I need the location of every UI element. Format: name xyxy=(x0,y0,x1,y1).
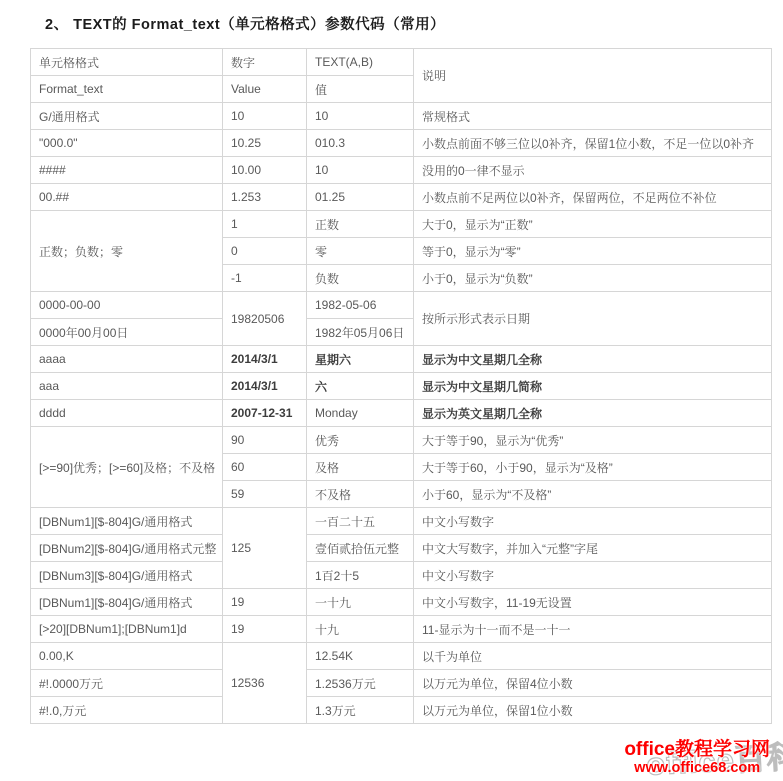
table-cell: Value xyxy=(223,76,307,103)
site-watermark: office教程学习网 www.office68.com xyxy=(624,740,770,777)
table-cell: 数字 xyxy=(223,49,307,76)
table-cell: -1 xyxy=(223,265,307,292)
table-cell: 不及格 xyxy=(307,481,414,508)
table-cell: aaa xyxy=(31,373,223,400)
table-cell: 负数 xyxy=(307,265,414,292)
table-cell: 等于0，显示为“零” xyxy=(414,238,772,265)
table-cell: 以万元为单位，保留4位小数 xyxy=(414,670,772,697)
table-cell: 60 xyxy=(223,454,307,481)
table-cell: [DBNum2][$-804]G/通用格式元整 xyxy=(31,535,223,562)
table-cell: 10 xyxy=(307,157,414,184)
table-cell: 19820506 xyxy=(223,292,307,346)
table-cell: [DBNum1][$-804]G/通用格式 xyxy=(31,508,223,535)
table-cell: G/通用格式 xyxy=(31,103,223,130)
table-cell: 小于60，显示为“不及格” xyxy=(414,481,772,508)
watermark-site-name: office教程学习网 xyxy=(624,740,770,761)
table-cell: 壹佰贰拾伍元整 xyxy=(307,535,414,562)
table-cell: 中文小写数字 xyxy=(414,508,772,535)
table-cell: 010.3 xyxy=(307,130,414,157)
table-row: 00.##1.25301.25小数点前不足两位以0补齐，保留两位，不足两位不补位 xyxy=(31,184,772,211)
table-cell: 中文小写数字 xyxy=(414,562,772,589)
table-cell: 小于0，显示为“负数” xyxy=(414,265,772,292)
table-cell: #### xyxy=(31,157,223,184)
table-cell: 1.2536万元 xyxy=(307,670,414,697)
table-row: 单元格格式数字TEXT(A,B)说明 xyxy=(31,49,772,76)
table-cell: 中文大写数字，并加入“元整”字尾 xyxy=(414,535,772,562)
table-cell: 小数点前面不够三位以0补齐，保留1位小数，不足一位以0补齐 xyxy=(414,130,772,157)
table-row: [DBNum1][$-804]G/通用格式19一十九中文小写数字，11-19无设… xyxy=(31,589,772,616)
table-cell: 显示为英文星期几全称 xyxy=(414,400,772,427)
table-row: 0000-00-00198205061982-05-06按所示形式表示日期 xyxy=(31,292,772,319)
table-cell: 1.3万元 xyxy=(307,697,414,724)
table-cell: 小数点前不足两位以0补齐，保留两位，不足两位不补位 xyxy=(414,184,772,211)
table-cell: 00.## xyxy=(31,184,223,211)
table-cell: 六 xyxy=(307,373,414,400)
table-cell: 一十九 xyxy=(307,589,414,616)
table-cell: 说明 xyxy=(414,49,772,103)
table-cell: 正数；负数；零 xyxy=(31,211,223,292)
table-cell: [DBNum3][$-804]G/通用格式 xyxy=(31,562,223,589)
table-cell: "000.0" xyxy=(31,130,223,157)
table-cell: 优秀 xyxy=(307,427,414,454)
table-cell: 星期六 xyxy=(307,346,414,373)
table-cell: 十九 xyxy=(307,616,414,643)
table-row: "000.0"10.25010.3小数点前面不够三位以0补齐，保留1位小数，不足… xyxy=(31,130,772,157)
table-cell: 2007-12-31 xyxy=(223,400,307,427)
table-row: 正数；负数；零1正数大于0，显示为“正数” xyxy=(31,211,772,238)
table-cell: 10 xyxy=(223,103,307,130)
table-cell: 0.00,K xyxy=(31,643,223,670)
table-cell: 2014/3/1 xyxy=(223,346,307,373)
table-cell: [>20][DBNum1];[DBNum1]d xyxy=(31,616,223,643)
watermark-site-url: www.office68.com xyxy=(624,761,770,777)
table-cell: 正数 xyxy=(307,211,414,238)
table-row: [DBNum1][$-804]G/通用格式125一百二十五中文小写数字 xyxy=(31,508,772,535)
table-cell: 按所示形式表示日期 xyxy=(414,292,772,346)
table-cell: 59 xyxy=(223,481,307,508)
table-cell: 2014/3/1 xyxy=(223,373,307,400)
table-cell: Format_text xyxy=(31,76,223,103)
table-row: [>20][DBNum1];[DBNum1]d19十九11-显示为十一而不是一十… xyxy=(31,616,772,643)
table-cell: 19 xyxy=(223,589,307,616)
format-text-table-body: 单元格格式数字TEXT(A,B)说明Format_textValue值G/通用格… xyxy=(31,49,772,724)
table-row: 0.00,K1253612.54K以千为单位 xyxy=(31,643,772,670)
table-cell: 常规格式 xyxy=(414,103,772,130)
table-cell: 01.25 xyxy=(307,184,414,211)
table-cell: 10 xyxy=(307,103,414,130)
table-cell: 显示为中文星期几全称 xyxy=(414,346,772,373)
table-cell: #!.0,万元 xyxy=(31,697,223,724)
table-row: G/通用格式1010常规格式 xyxy=(31,103,772,130)
table-cell: dddd xyxy=(31,400,223,427)
table-cell: 1 xyxy=(223,211,307,238)
table-cell: [DBNum1][$-804]G/通用格式 xyxy=(31,589,223,616)
table-row: aaa2014/3/1六显示为中文星期几简称 xyxy=(31,373,772,400)
table-row: #!.0000万元1.2536万元以万元为单位，保留4位小数 xyxy=(31,670,772,697)
format-text-table: 单元格格式数字TEXT(A,B)说明Format_textValue值G/通用格… xyxy=(30,48,772,724)
table-cell: 大于等于60，小于90，显示为“及格” xyxy=(414,454,772,481)
table-cell: 1.253 xyxy=(223,184,307,211)
table-cell: 以千为单位 xyxy=(414,643,772,670)
table-cell: 0 xyxy=(223,238,307,265)
table-cell: 0000-00-00 xyxy=(31,292,223,319)
table-cell: 零 xyxy=(307,238,414,265)
table-row: aaaa2014/3/1星期六显示为中文星期几全称 xyxy=(31,346,772,373)
table-cell: 90 xyxy=(223,427,307,454)
table-cell: 中文小写数字，11-19无设置 xyxy=(414,589,772,616)
table-cell: [>=90]优秀；[>=60]及格；不及格 xyxy=(31,427,223,508)
page-title: 2、 TEXT的 Format_text（单元格格式）参数代码（常用） xyxy=(45,13,783,34)
table-cell: 10.00 xyxy=(223,157,307,184)
table-cell: #!.0000万元 xyxy=(31,670,223,697)
table-row: dddd2007-12-31Monday显示为英文星期几全称 xyxy=(31,400,772,427)
table-row: [>=90]优秀；[>=60]及格；不及格90优秀大于等于90，显示为“优秀” xyxy=(31,427,772,454)
table-cell: 大于等于90，显示为“优秀” xyxy=(414,427,772,454)
table-cell: aaaa xyxy=(31,346,223,373)
table-cell: 125 xyxy=(223,508,307,589)
table-cell: 单元格格式 xyxy=(31,49,223,76)
table-cell: 一百二十五 xyxy=(307,508,414,535)
table-cell: Monday xyxy=(307,400,414,427)
table-cell: 11-显示为十一而不是一十一 xyxy=(414,616,772,643)
table-cell: 1982年05月06日 xyxy=(307,319,414,346)
table-row: ####10.0010没用的0一律不显示 xyxy=(31,157,772,184)
table-row: [DBNum3][$-804]G/通用格式1百2十5中文小写数字 xyxy=(31,562,772,589)
table-cell: 值 xyxy=(307,76,414,103)
table-cell: 12536 xyxy=(223,643,307,724)
table-cell: 12.54K xyxy=(307,643,414,670)
table-cell: 以万元为单位，保留1位小数 xyxy=(414,697,772,724)
table-row: #!.0,万元1.3万元以万元为单位，保留1位小数 xyxy=(31,697,772,724)
table-cell: 1982-05-06 xyxy=(307,292,414,319)
table-cell: 没用的0一律不显示 xyxy=(414,157,772,184)
table-row: [DBNum2][$-804]G/通用格式元整壹佰贰拾伍元整中文大写数字，并加入… xyxy=(31,535,772,562)
table-cell: 显示为中文星期几简称 xyxy=(414,373,772,400)
table-cell: 0000年00月00日 xyxy=(31,319,223,346)
table-cell: 19 xyxy=(223,616,307,643)
table-cell: 及格 xyxy=(307,454,414,481)
table-cell: 1百2十5 xyxy=(307,562,414,589)
table-cell: 10.25 xyxy=(223,130,307,157)
table-cell: 大于0，显示为“正数” xyxy=(414,211,772,238)
table-cell: TEXT(A,B) xyxy=(307,49,414,76)
